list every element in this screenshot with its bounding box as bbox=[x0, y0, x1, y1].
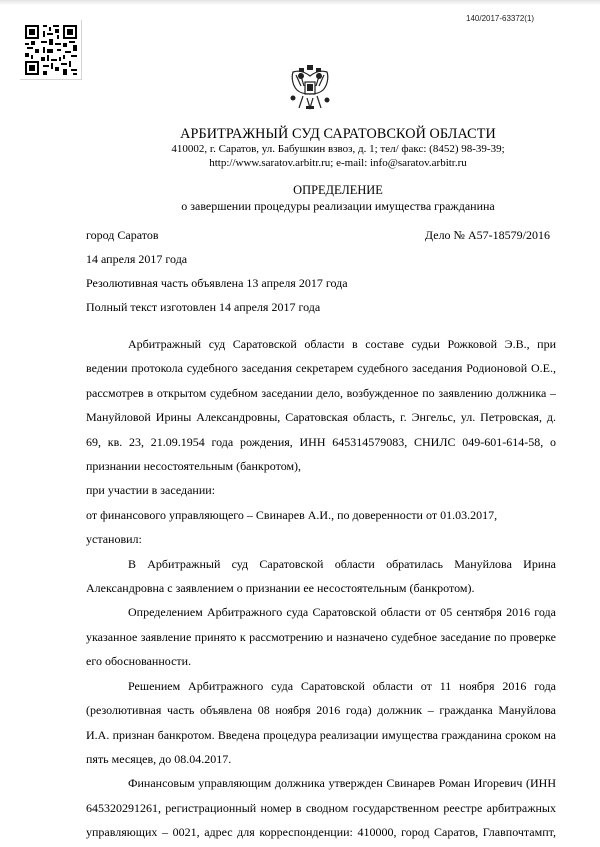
court-address: 410002, г. Саратов, ул. Бабушкин взвоз, … bbox=[0, 143, 600, 155]
court-contacts: http://www.saratov.arbitr.ru; e-mail: in… bbox=[0, 157, 600, 169]
document-subtitle: о завершении процедуры реализации имущес… bbox=[0, 199, 600, 214]
court-name: АРБИТРАЖНЫЙ СУД САРАТОВСКОЙ ОБЛАСТИ bbox=[0, 126, 600, 143]
case-number: Дело № А57-18579/2016 bbox=[425, 228, 550, 243]
full-text-date: Полный текст изготовлен 14 апреля 2017 г… bbox=[86, 300, 320, 315]
paragraph-manager: Финансовым управляющим должника утвержде… bbox=[86, 771, 556, 844]
paragraph-filing: В Арбитражный суд Саратовской области об… bbox=[86, 552, 556, 601]
participation-label: при участии в заседании: bbox=[86, 478, 556, 502]
qr-code-icon bbox=[20, 20, 82, 80]
paragraph-decision: Решением Арбитражного суда Саратовской о… bbox=[86, 674, 556, 772]
paragraph-acceptance: Определением Арбитражного суда Саратовск… bbox=[86, 600, 556, 673]
document-body: Арбитражный суд Саратовской области в со… bbox=[86, 332, 556, 845]
operative-part-date: Резолютивная часть объявлена 13 апреля 2… bbox=[86, 276, 348, 291]
city: город Саратов bbox=[86, 228, 158, 243]
document-number: 140/2017-63372(1) bbox=[466, 14, 534, 23]
document-title: ОПРЕДЕЛЕНИЕ bbox=[0, 183, 600, 198]
established-label: установил: bbox=[86, 527, 556, 551]
decision-date: 14 апреля 2017 года bbox=[86, 252, 187, 267]
page-top-shadow bbox=[0, 0, 600, 5]
participant: от финансового управляющего – Свинарев А… bbox=[86, 503, 556, 527]
russian-coat-of-arms-icon bbox=[287, 62, 333, 119]
intro-paragraph: Арбитражный суд Саратовской области в со… bbox=[86, 332, 556, 478]
